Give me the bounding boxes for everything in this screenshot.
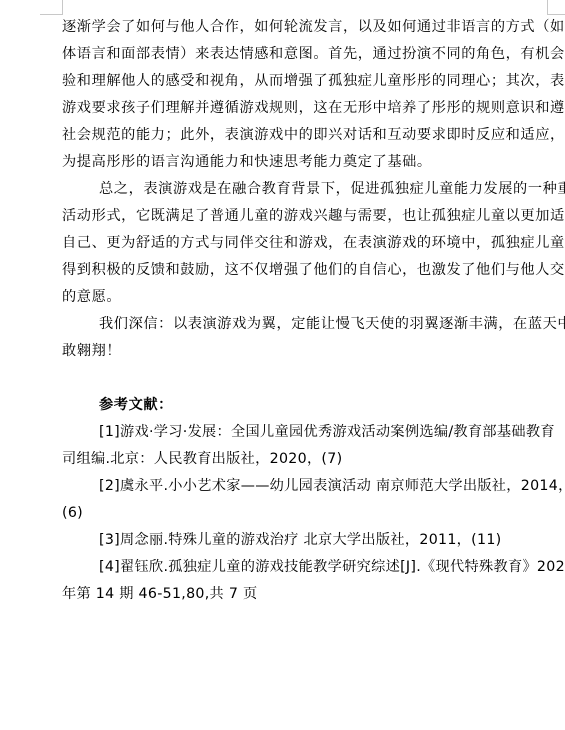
reference-item-4: [4]翟钰欣.孤独症儿童的游戏技能教学研究综述[J].《现代特殊教育》2021 … [62,554,548,608]
reference-line: 年第 14 期 46-51,80,共 7 页 [62,581,548,608]
text-line: 的意愿。 [62,284,548,311]
reference-item-3: [3]周念丽.特殊儿童的游戏治疗 北京大学出版社，2011，(11) [62,527,548,554]
reference-item-1: [1]游戏·学习·发展：全国儿童园优秀游戏活动案例选编/教育部基础教育 司组编.… [62,419,548,473]
text-line: 我们深信：以表演游戏为翼，定能让慢飞天使的羽翼逐渐丰满，在蓝天中勇 [62,311,548,338]
page-corner-mark-top-left [40,0,63,15]
text-line: 自己、更为舒适的方式与同伴交往和游戏，在表演游戏的环境中，孤独症儿童可 [62,230,548,257]
references-section: 参考文献： [1]游戏·学习·发展：全国儿童园优秀游戏活动案例选编/教育部基础教… [62,392,548,608]
references-heading: 参考文献： [62,392,548,419]
text-line: 为提高彤彤的语言沟通能力和快速思考能力奠定了基础。 [62,149,548,176]
document-page-body: 逐渐学会了如何与他人合作，如何轮流发言，以及如何通过非语言的方式（如肢 体语言和… [62,14,548,608]
reference-line: (6) [62,500,548,527]
reference-line: [3]周念丽.特殊儿童的游戏治疗 北京大学出版社，2011，(11) [62,527,548,554]
text-line: 游戏要求孩子们理解并遵循游戏规则，这在无形中培养了彤彤的规则意识和遵守 [62,95,548,122]
text-line: 总之，表演游戏是在融合教育背景下，促进孤独症儿童能力发展的一种重要 [62,176,548,203]
reference-line: [2]虞永平.小小艺术家——幼儿园表演活动 南京师范大学出版社，2014， [62,473,548,500]
text-line: 验和理解他人的感受和视角，从而增强了孤独症儿童彤彤的同理心；其次，表演 [62,68,548,95]
text-line: 逐渐学会了如何与他人合作，如何轮流发言，以及如何通过非语言的方式（如肢 [62,14,548,41]
paragraph-conclusion: 总之，表演游戏是在融合教育背景下，促进孤独症儿童能力发展的一种重要 活动形式，它… [62,176,548,311]
blank-line [62,365,548,392]
text-line: 敢翱翔！ [62,338,548,365]
reference-line: [1]游戏·学习·发展：全国儿童园优秀游戏活动案例选编/教育部基础教育 [62,419,548,446]
text-line: 体语言和面部表情）来表达情感和意图。首先，通过扮演不同的角色，有机会体 [62,41,548,68]
text-line: 得到积极的反馈和鼓励，这不仅增强了他们的自信心，也激发了他们与他人交流 [62,257,548,284]
reference-line: 司组编.北京：人民教育出版社，2020，(7) [62,446,548,473]
paragraph-closing-statement: 我们深信：以表演游戏为翼，定能让慢飞天使的羽翼逐渐丰满，在蓝天中勇 敢翱翔！ [62,311,548,365]
reference-item-2: [2]虞永平.小小艺术家——幼儿园表演活动 南京师范大学出版社，2014， (6… [62,473,548,527]
page-corner-mark-top-right [547,0,565,15]
paragraph-empathy-rules-language: 逐渐学会了如何与他人合作，如何轮流发言，以及如何通过非语言的方式（如肢 体语言和… [62,14,548,176]
text-line: 活动形式，它既满足了普通儿童的游戏兴趣与需要，也让孤独症儿童以更加适合 [62,203,548,230]
text-line: 社会规范的能力；此外，表演游戏中的即兴对话和互动要求即时反应和适应，这 [62,122,548,149]
reference-line: [4]翟钰欣.孤独症儿童的游戏技能教学研究综述[J].《现代特殊教育》2021 [62,554,548,581]
